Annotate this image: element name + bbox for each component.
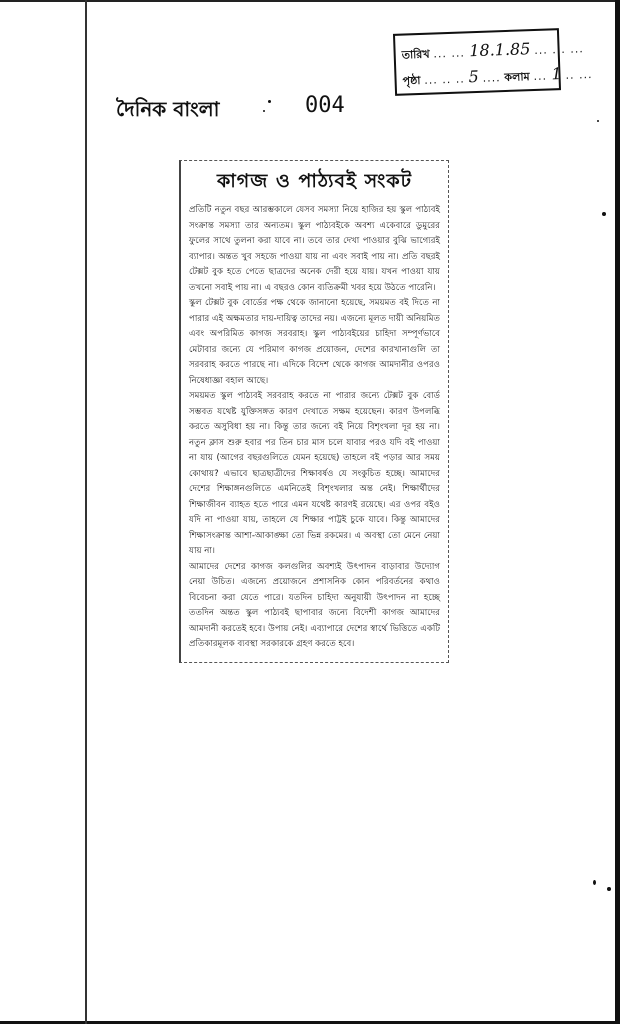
stamp-dots: ... ... (433, 46, 469, 60)
stamp-dots: ... ... ... (534, 42, 584, 57)
article-paragraph: স্কুল টেক্সট বুক বোর্ডের পক্ষ থেকে জানান… (189, 296, 440, 389)
scan-speck (268, 100, 271, 103)
article-paragraph: প্রতিটি নতুন বছর আরম্ভকালে যেসব সমস্যা ন… (189, 203, 440, 296)
page-number: 004 (305, 93, 345, 118)
stamp-date-label: তারিখ (401, 48, 429, 62)
newspaper-name: দৈনিক বাংলা (116, 95, 219, 128)
stamp-date-value: 18.1.85 (469, 39, 531, 60)
article-headline: কাগজ ও পাঠ্যবই সংকট (189, 167, 440, 199)
stamp-page-row: পৃষ্ঠা ... .. .. 5 .... কলাম ... 1 .. ..… (402, 65, 592, 88)
article-paragraph: সময়মত স্কুল পাঠ্যবই সরবরাহ করতে না পারা… (189, 389, 440, 560)
stamp-column-value: 1 (551, 64, 562, 83)
stamp-page-value: 5 (468, 67, 479, 86)
stamp-date-row: তারিখ ... ... 18.1.85 ... ... ... (401, 39, 584, 61)
stamp-page-label: পৃষ্ঠা (402, 74, 420, 88)
newspaper-clipping: কাগজ ও পাঠ্যবই সংকট প্রতিটি নতুন বছর আরম… (179, 160, 449, 663)
stamp-dots: ... (533, 69, 551, 83)
scan-speck (607, 887, 611, 891)
archive-stamp: তারিখ ... ... 18.1.85 ... ... ... পৃষ্ঠা… (393, 28, 561, 96)
scan-right-edge (615, 0, 620, 1024)
scan-top-border (0, 0, 620, 2)
stamp-dots: ... .. .. (424, 72, 465, 86)
margin-rule (85, 0, 87, 1024)
scan-speck (263, 110, 265, 112)
article-paragraph: আমাদের দেশের কাগজ কলগুলির অবশ্যই উৎপাদন … (189, 560, 440, 653)
stamp-dots: .. ... (565, 68, 592, 82)
stamp-column-label: কলাম (504, 70, 530, 84)
stamp-dots: .... (482, 71, 500, 85)
scan-speck (602, 212, 606, 216)
scan-speck (597, 120, 599, 122)
scan-speck (593, 880, 596, 885)
